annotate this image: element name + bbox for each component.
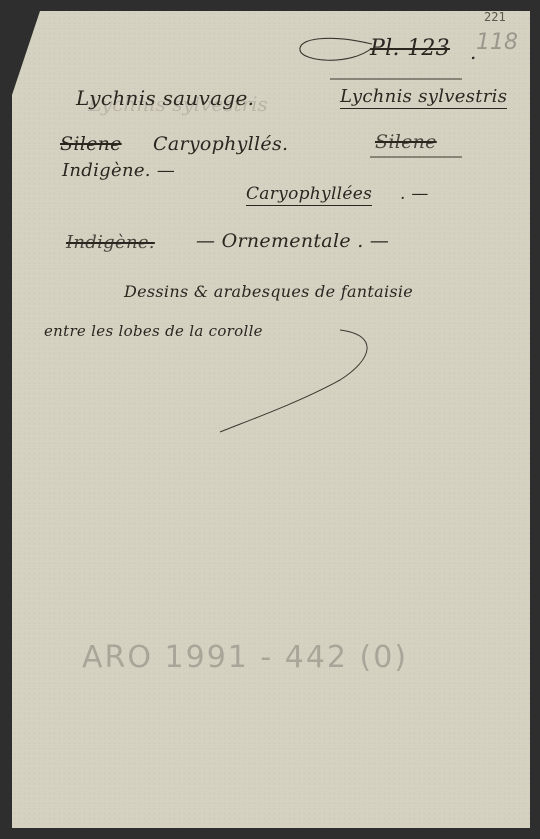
line-caryophyllees-dash: . — <box>400 184 429 204</box>
line-indigene-struck: Indigène. <box>66 232 155 253</box>
scanned-sheet: Pl. 123 . 118 221 Lychnis sylvestris Lyc… <box>0 0 540 839</box>
archive-mark: ARO 1991 - 442 (0) <box>82 640 408 675</box>
pencil-number: 118 <box>476 30 518 55</box>
line-indigene: Indigène. — <box>62 160 175 181</box>
plate-number-struck: Pl. 123 <box>370 36 450 61</box>
line-lychnis-sauvage: Lychnis sauvage. <box>76 86 254 110</box>
line-silene-struck-right: Silene <box>375 131 437 153</box>
line-ornementale: — Ornementale . — <box>196 230 389 252</box>
line-silene-struck: Silene <box>60 133 122 155</box>
folio-number: 221 <box>484 10 506 24</box>
line-caryophylles: Caryophyllés. <box>153 133 288 155</box>
line-dessins-arabesques: Dessins & arabesques de fantaisie <box>124 282 413 301</box>
line-entre-les-lobes: entre les lobes de la corolle <box>44 322 263 340</box>
line-caryophyllees: Caryophyllées <box>246 184 372 206</box>
line-lychnis-sylvestris: Lychnis sylvestris <box>340 86 507 109</box>
